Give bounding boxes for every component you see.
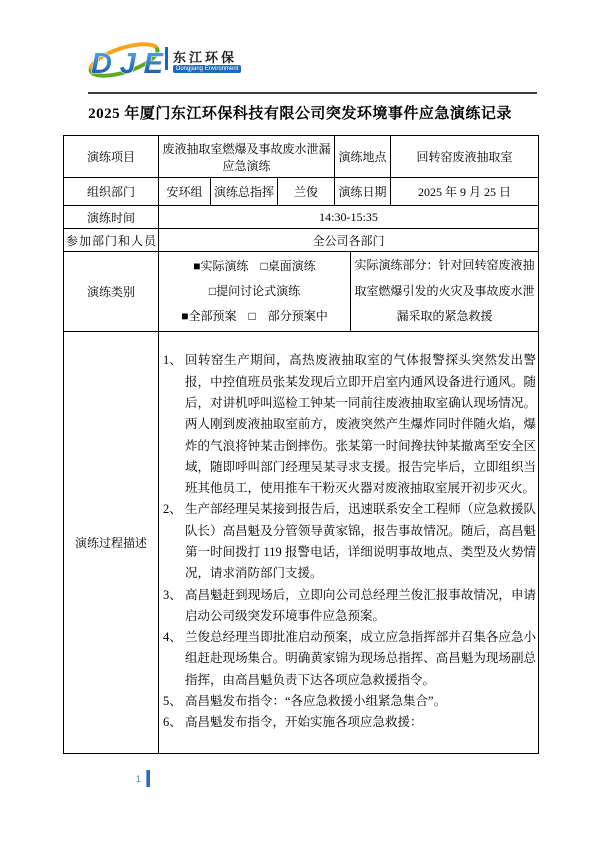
drill-project-value: 废液抽取室燃爆及事故废水泄漏应急演练	[159, 136, 335, 178]
header-divider	[88, 92, 537, 94]
text-cursor	[146, 770, 150, 787]
item-number: 2、	[163, 499, 182, 520]
page-number: 1	[136, 772, 141, 786]
item-text: 兰俊总经理当即批准启动预案，成立应急指挥部并召集各应急小组赶赴现场集合。明确黄家…	[185, 630, 536, 687]
table-row: 演练时间 14:30-15:35	[64, 206, 539, 229]
item-text: 生产部经理吴某接到报告后，迅速联系安全工程师（应急救援队队长）高昌魁及分管领导黄…	[185, 502, 536, 580]
item-text: 高昌魁发布指令：“各应急救援小组紧急集合”。	[185, 694, 446, 708]
table-row: 演练项目 废液抽取室燃爆及事故废水泄漏应急演练 演练地点 回转窑废液抽取室	[64, 136, 539, 178]
drill-record-table: 演练项目 废液抽取室燃爆及事故废水泄漏应急演练 演练地点 回转窑废液抽取室 组织…	[63, 135, 539, 754]
drill-category-label: 演练类别	[64, 252, 159, 332]
drill-location-label: 演练地点	[335, 136, 391, 178]
drill-time-label: 演练时间	[64, 206, 159, 229]
participants-value: 全公司各部门	[159, 229, 539, 252]
item-text: 高昌魁发布指令，开始实施各项应急救援：	[185, 715, 423, 729]
chief-commander-value: 兰俊	[278, 178, 335, 206]
process-item: 2、 生产部经理吴某接到报告后，迅速联系安全工程师（应急救援队队长）高昌魁及分管…	[161, 499, 536, 584]
company-logo: DJE 东江环保 Dongjiang Environment	[86, 38, 336, 86]
drill-category-options: ■实际演练 □桌面演练 □提问讨论式演练 ■全部预案 □ 部分预案中	[159, 252, 351, 332]
table-row: 演练类别 ■实际演练 □桌面演练 □提问讨论式演练 ■全部预案 □ 部分预案中 …	[64, 252, 539, 332]
process-item: 5、 高昌魁发布指令：“各应急救援小组紧急集合”。	[161, 691, 536, 712]
logo-separator	[165, 47, 168, 70]
drill-project-label: 演练项目	[64, 136, 159, 178]
company-name-en: Dongjiang Environment	[173, 65, 241, 73]
org-department-label: 组织部门	[64, 178, 159, 206]
table-row: 参加部门和人员 全公司各部门	[64, 229, 539, 252]
process-item: 1、 回转窑生产期间，高热废液抽取室的气体报警探头突然发出警报，中控值班员张某发…	[161, 350, 536, 499]
drill-category-note: 实际演练部分：针对回转窑废液抽取室燃爆引发的火灾及事故废水泄漏采取的紧急救援	[351, 252, 539, 332]
item-text: 回转窑生产期间，高热废液抽取室的气体报警探头突然发出警报，中控值班员张某发现后立…	[185, 353, 536, 495]
item-number: 4、	[163, 627, 182, 648]
item-number: 1、	[163, 350, 182, 371]
drill-location-value: 回转窑废液抽取室	[391, 136, 539, 178]
drill-date-value: 2025 年 9 月 25 日	[391, 178, 539, 206]
drill-time-value: 14:30-15:35	[159, 206, 539, 229]
document-page: DJE 东江环保 Dongjiang Environment 2025 年厦门东…	[0, 0, 600, 849]
category-option-actual: ■实际演练 □桌面演练	[161, 254, 348, 279]
document-title: 2025 年厦门东江环保科技有限公司突发环境事件应急演练记录	[0, 102, 600, 123]
dje-monogram: DJE	[91, 48, 165, 80]
item-number: 6、	[163, 712, 182, 733]
category-option-full-plan: ■全部预案 □ 部分预案中	[161, 304, 348, 329]
process-item: 6、 高昌魁发布指令，开始实施各项应急救援：	[161, 712, 536, 733]
item-number: 5、	[163, 691, 182, 712]
chief-commander-label: 演练总指挥	[211, 178, 278, 206]
dje-logo-icon: DJE	[86, 38, 170, 86]
process-description: 1、 回转窑生产期间，高热废液抽取室的气体报警探头突然发出警报，中控值班员张某发…	[159, 331, 539, 753]
item-number: 3、	[163, 585, 182, 606]
drill-date-label: 演练日期	[335, 178, 391, 206]
participants-label: 参加部门和人员	[64, 229, 159, 252]
process-label: 演练过程描述	[64, 331, 159, 753]
table-row: 演练过程描述 1、 回转窑生产期间，高热废液抽取室的气体报警探头突然发出警报，中…	[64, 331, 539, 753]
org-department-value: 安环组	[159, 178, 211, 206]
category-option-discussion: □提问讨论式演练	[161, 279, 348, 304]
process-item: 4、 兰俊总经理当即批准启动预案，成立应急指挥部并召集各应急小组赶赴现场集合。明…	[161, 627, 536, 691]
company-name-cn: 东江环保	[173, 47, 237, 66]
process-item: 3、 高昌魁赶到现场后，立即向公司总经理兰俊汇报事故情况，申请启动公司级突发环境…	[161, 585, 536, 628]
table-row: 组织部门 安环组 演练总指挥 兰俊 演练日期 2025 年 9 月 25 日	[64, 178, 539, 206]
item-text: 高昌魁赶到现场后，立即向公司总经理兰俊汇报事故情况，申请启动公司级突发环境事件应…	[185, 588, 536, 623]
